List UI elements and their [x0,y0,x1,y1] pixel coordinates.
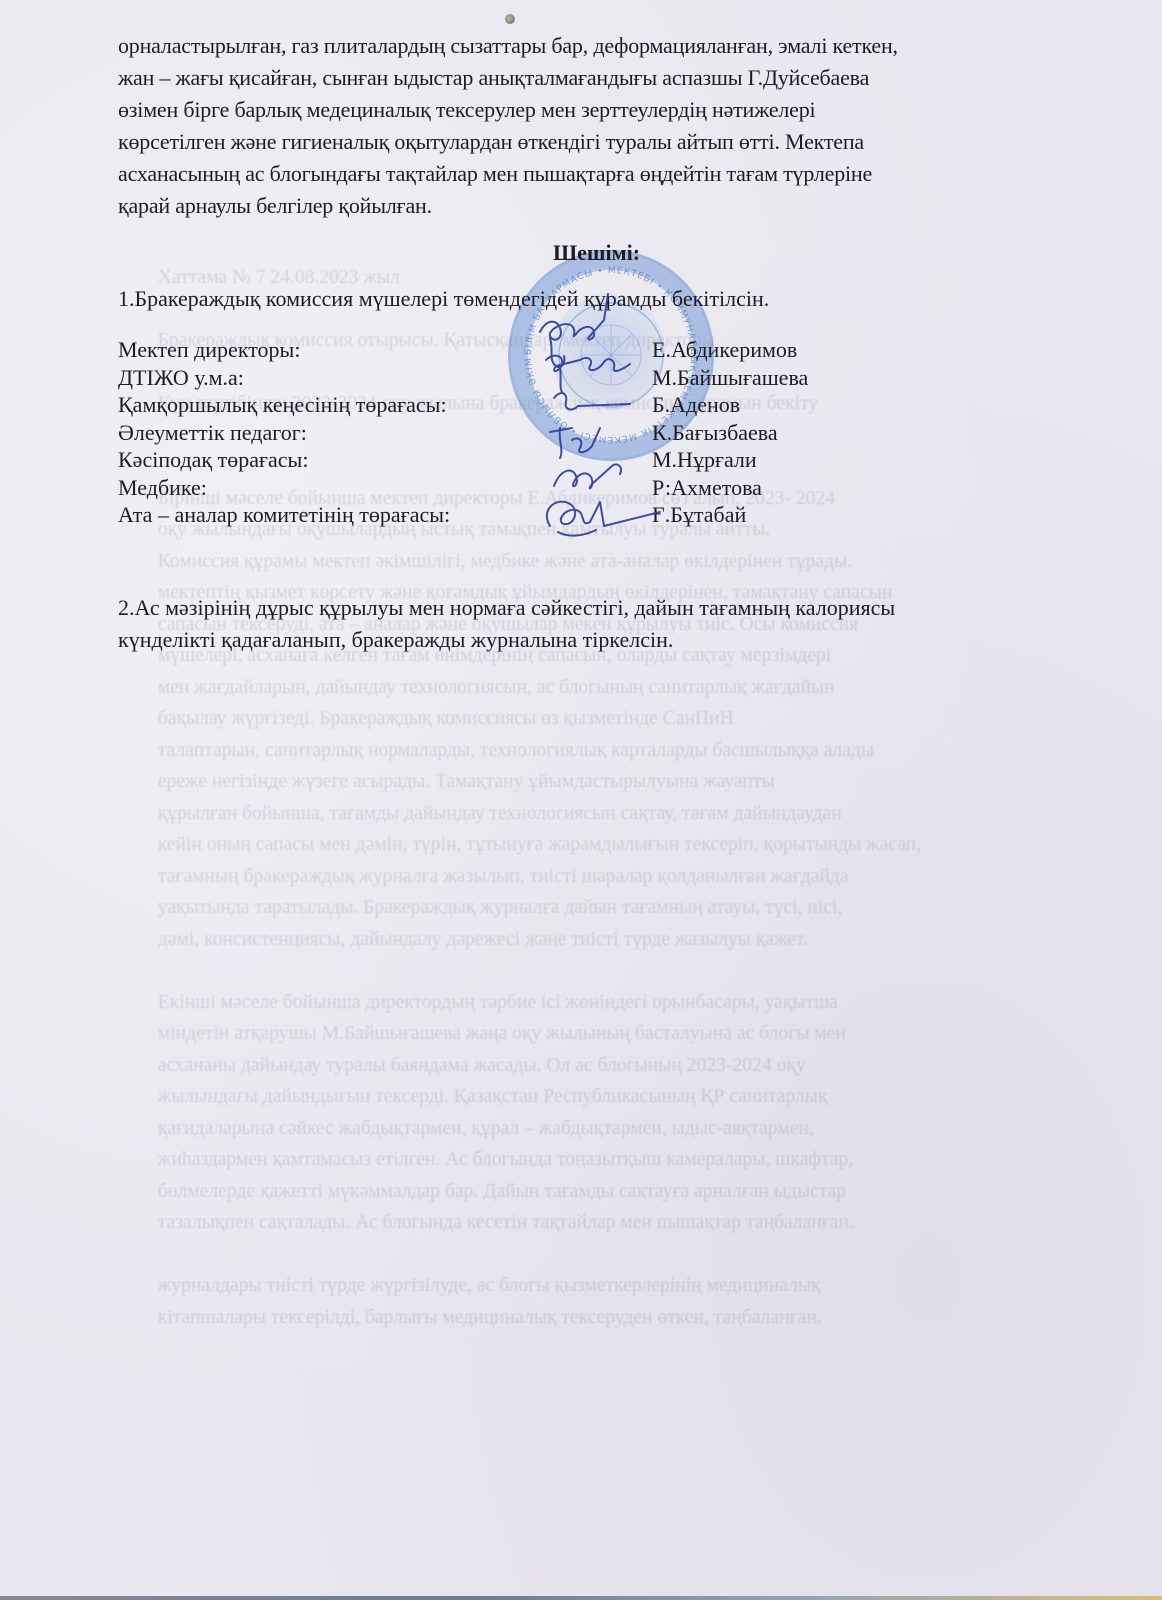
bleed-line: мен жағдайларын, дайындау технологиясын,… [158,672,1118,704]
bleed-line: кітапшалары тексерілді, барлығы медицина… [158,1302,1118,1334]
member-role: Мектеп директоры: [118,336,300,364]
scan-edge [0,1596,1162,1600]
bleed-line [158,955,1118,987]
bleed-line: кейін оның сапасы мен дәмін, түрін, тұты… [158,829,1118,861]
member-role: Қамқоршылық кеңесінің төрағасы: [118,391,447,419]
member-name: Б.Аденов [652,391,740,419]
member-name: Е.Абдикеримов [652,336,797,364]
bleed-line [158,1239,1118,1271]
member-name: М.Нұрғали [652,446,757,474]
member-name: Р:Ахметова [652,474,762,502]
scanned-page: Хаттама № 7 24.08.2023 жыл Бракераждық к… [0,0,1162,1600]
text-line: 2.Ас мәзірінің дұрыс құрылуы мен нормаға… [118,592,895,624]
text-line: асханасының ас блогындағы тақтайлар мен … [118,158,1078,190]
bleed-line: Комиссия құрамы мектеп әкімшілігі, медби… [158,546,1118,578]
signature-board [554,393,630,409]
text-line: орналастырылған, газ плиталардың сызатта… [118,30,1078,62]
signature-social-pedagogue [550,428,600,458]
member-name: М.Байшығашева [652,364,808,392]
member-role: Әлеуметтік педагог: [118,419,307,447]
decision-item-1: 1.Бракераждық комиссия мүшелері төмендег… [118,286,769,312]
bleed-line: ереже негізінде жүзеге асырады. Тамақтан… [158,766,1118,798]
bleed-line: тағамның бракераждық журналға жазылып, т… [158,861,1118,893]
text-line: өзімен бірге барлық медециналық тексерул… [118,94,1078,126]
intro-paragraph: орналастырылған, газ плиталардың сызатта… [118,30,1078,222]
bleed-line: тазалықпен сақталады. Ас блогында кесеті… [158,1207,1118,1239]
text-line: көрсетілген және гигиеналық оқытулардан … [118,126,1078,158]
bleed-line: бақылау жүргізеді. Бракераждық комиссияс… [158,703,1118,735]
bleed-line: Екінші мәселе бойынша директордың тәрбие… [158,987,1118,1019]
bleed-line: талаптарын, санитарлық нормаларды, техно… [158,735,1118,767]
bleed-line: міндетін атқарушы М.Байшығашева жаңа оқу… [158,1018,1118,1050]
bleed-line: бөлмелерде қажетті мүкәммалдар бар. Дайы… [158,1176,1118,1208]
text-line: жан – жағы қисайған, сынған ыдыстар анық… [118,62,1078,94]
member-role: Кәсіподақ төрағасы: [118,446,308,474]
bleed-line: Бракераждық комиссия отырысы. Қатысқанда… [158,325,1118,357]
bleed-line: журналдары тиісті түрде жүргізілуде, ас … [158,1270,1118,1302]
bleed-line: жылындағы дайындығын тексерді. Қазақстан… [158,1081,1118,1113]
punch-hole-mark [505,14,515,24]
member-role: ДТІЖО у.м.а: [118,364,244,392]
text-line: қарай арнаулы белгілер қойылған. [118,190,1078,222]
bleed-line: құрылған бойынша, тағамды дайындау техно… [158,798,1118,830]
decision-heading: Шешімі: [553,240,640,266]
bleed-line [158,357,1118,389]
bleed-line: асхананы дайындау туралы баяндама жасады… [158,1050,1118,1082]
member-name: К.Бағызбаева [652,419,778,447]
signature-deputy [546,356,630,371]
decision-item-2: 2.Ас мәзірінің дұрыс құрылуы мен нормаға… [118,592,895,656]
member-role: Ата – аналар комитетінің төрағасы: [118,501,450,529]
text-line: күнделікті қадағаланып, бракеражды журна… [118,624,895,656]
member-role: Медбике: [118,474,207,502]
bleed-line: жиһаздармен қамтамасыз етілген. Ас блогы… [158,1144,1118,1176]
member-name: Ғ.Бұтабай [652,501,746,529]
signature-union [554,464,621,488]
signature-nurse [547,502,660,526]
bleed-line: дәмі, консистенциясы, дайындалу дәрежесі… [158,924,1118,956]
bleed-line: қағидаларына сәйкес жабдықтармен, құрал … [158,1113,1118,1145]
bleed-line: уақытында таратылады. Бракераждық журнал… [158,892,1118,924]
